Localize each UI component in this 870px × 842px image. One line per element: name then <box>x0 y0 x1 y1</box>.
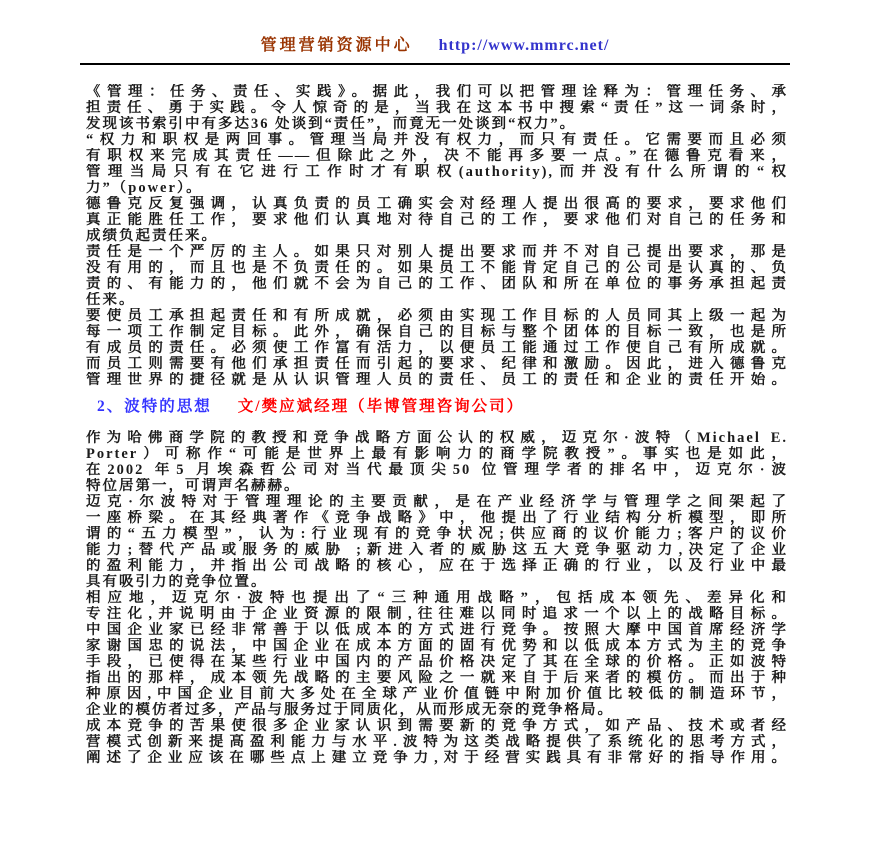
text-line: 手段，已使得在某些行业中国内的产品价格决定了其在全球的价格。正如波特 <box>86 654 788 670</box>
text-line: 力”（power）。 <box>86 180 788 196</box>
text-line: 种原因,中国企业目前大多处在全球产业价值链中附加价值比较低的制造环节， <box>86 686 788 702</box>
text-line: 具有吸引力的竞争位置。 <box>86 574 788 590</box>
text-line: 管理当局只有在它进行工作时才有职权(authority),而并没有什么所谓的“权 <box>86 164 788 180</box>
text-line: 营模式创新来提高盈利能力与水平.波特为这类战略提供了系统化的思考方式， <box>86 734 788 750</box>
text-line: 成绩负起责任来。 <box>86 228 788 244</box>
text-line: 迈克·尔波特对于管理理论的主要贡献，是在产业经济学与管理学之间架起了 <box>86 494 788 510</box>
text-line: “权力和职权是两回事。管理当局并没有权力，而只有责任。它需要而且必须 <box>86 132 788 148</box>
text-line: 责的、有能力的，他们就不会为自己的工作、团队和所在单位的事务承担起责 <box>86 276 788 292</box>
text-line: 指出的那样，成本领先战略的主要风险之一就来自于后来者的模仿。而出于种 <box>86 670 788 686</box>
site-url-link[interactable]: http://www.mmrc.net/ <box>439 37 610 54</box>
text-line: 没有用的，而且也是不负责任的。如果员工不能肯定自己的公司是认真的、负 <box>86 260 788 276</box>
text-line: 特位居第一，可谓声名赫赫。 <box>86 478 788 494</box>
text-line: 的盈利能力，并指出公司战略的核心，应在于选择正确的行业，以及行业中最 <box>86 558 788 574</box>
section-heading-byline: 文/樊应斌经理（毕博管理咨询公司） <box>238 398 524 415</box>
text-line: 责任是一个严厉的主人。如果只对别人提出要求而并不对自己提出要求，那是 <box>86 244 788 260</box>
drucker-paragraphs: 《管理：任务、责任、实践》。据此，我们可以把管理诠释为：管理任务、承担责任、勇于… <box>86 84 788 388</box>
text-line: 管理世界的捷径就是从认识管理人员的责任、员工的责任和企业的责任开始。 <box>86 372 788 388</box>
text-line: 中国企业家已经非常善于以低成本的方式进行竞争。按照大摩中国首席经济学 <box>86 622 788 638</box>
porter-section-heading: 2、波特的思想文/樊应斌经理（毕博管理咨询公司） <box>97 398 788 416</box>
page-header: 管理营销资源中心http://www.mmrc.net/ <box>80 32 790 65</box>
text-line: 每一项工作制定目标。此外，确保自己的目标与整个团体的目标一致，也是所 <box>86 324 788 340</box>
text-line: 企业的模仿者过多，产品与服务过于同质化，从而形成无奈的竞争格局。 <box>86 702 788 718</box>
text-line: Porter）可称作“可能是世界上最有影响力的商学院教授”。事实也是如此， <box>86 446 788 462</box>
text-line: 专注化,并说明由于企业资源的限制,往往难以同时追求一个以上的战略目标。 <box>86 606 788 622</box>
text-line: 相应地，迈克尔·波特也提出了“三种通用战略”，包括成本领先、差异化和 <box>86 590 788 606</box>
text-line: 任来。 <box>86 292 788 308</box>
section-heading-title: 2、波特的思想 <box>97 398 212 415</box>
text-line: 要使员工承担起责任和有所成就，必须由实现工作目标的人员同其上级一起为 <box>86 308 788 324</box>
text-line: 谓的“五力模型”，认为:行业现有的竞争状况;供应商的议价能力;客户的议价 <box>86 526 788 542</box>
text-line: 而员工则需要有他们承担责任而引起的要求、纪律和激励。因此，进入德鲁克 <box>86 356 788 372</box>
porter-paragraphs: 作为哈佛商学院的教授和竞争战略方面公认的权威，迈克尔·波特（Michael E.… <box>86 430 788 766</box>
text-line: 《管理：任务、责任、实践》。据此，我们可以把管理诠释为：管理任务、承 <box>86 84 788 100</box>
text-line: 德鲁克反复强调，认真负责的员工确实会对经理人提出很高的要求，要求他们 <box>86 196 788 212</box>
text-line: 发现该书索引中有多达36 处谈到“责任”，而竟无一处谈到“权力”。 <box>86 116 788 132</box>
text-line: 真正能胜任工作，要求他们认真地对待自己的工作，要求他们对自己的任务和 <box>86 212 788 228</box>
text-line: 有成员的责任。必须使工作富有活力，以便员工能通过工作使自己有所成就。 <box>86 340 788 356</box>
document-page: 管理营销资源中心http://www.mmrc.net/ 《管理：任务、责任、实… <box>0 0 870 842</box>
text-line: 阐述了企业应该在哪些点上建立竞争力,对于经营实践具有非常好的指导作用。 <box>86 750 788 766</box>
site-name: 管理营销资源中心 <box>261 37 413 54</box>
document-body: 《管理：任务、责任、实践》。据此，我们可以把管理诠释为：管理任务、承担责任、勇于… <box>86 84 788 766</box>
text-line: 在2002 年5 月埃森哲公司对当代最顶尖50 位管理学者的排名中，迈克尔·波 <box>86 462 788 478</box>
text-line: 一座桥梁。在其经典著作《竞争战略》中，他提出了行业结构分析模型，即所 <box>86 510 788 526</box>
text-line: 成本竞争的苦果使很多企业家认识到需要新的竞争方式，如产品、技术或者经 <box>86 718 788 734</box>
text-line: 能力;替代产品或服务的威胁 ;新进入者的威胁这五大竞争驱动力,决定了企业 <box>86 542 788 558</box>
text-line: 作为哈佛商学院的教授和竞争战略方面公认的权威，迈克尔·波特（Michael E. <box>86 430 788 446</box>
text-line: 家谢国忠的说法，中国企业在成本方面的固有优势和以低成本方式为主的竞争 <box>86 638 788 654</box>
text-line: 有职权来完成其责任——但除此之外，决不能再多要一点。”在德鲁克看来， <box>86 148 788 164</box>
text-line: 担责任、勇于实践。令人惊奇的是，当我在这本书中搜索“责任”这一词条时， <box>86 100 788 116</box>
